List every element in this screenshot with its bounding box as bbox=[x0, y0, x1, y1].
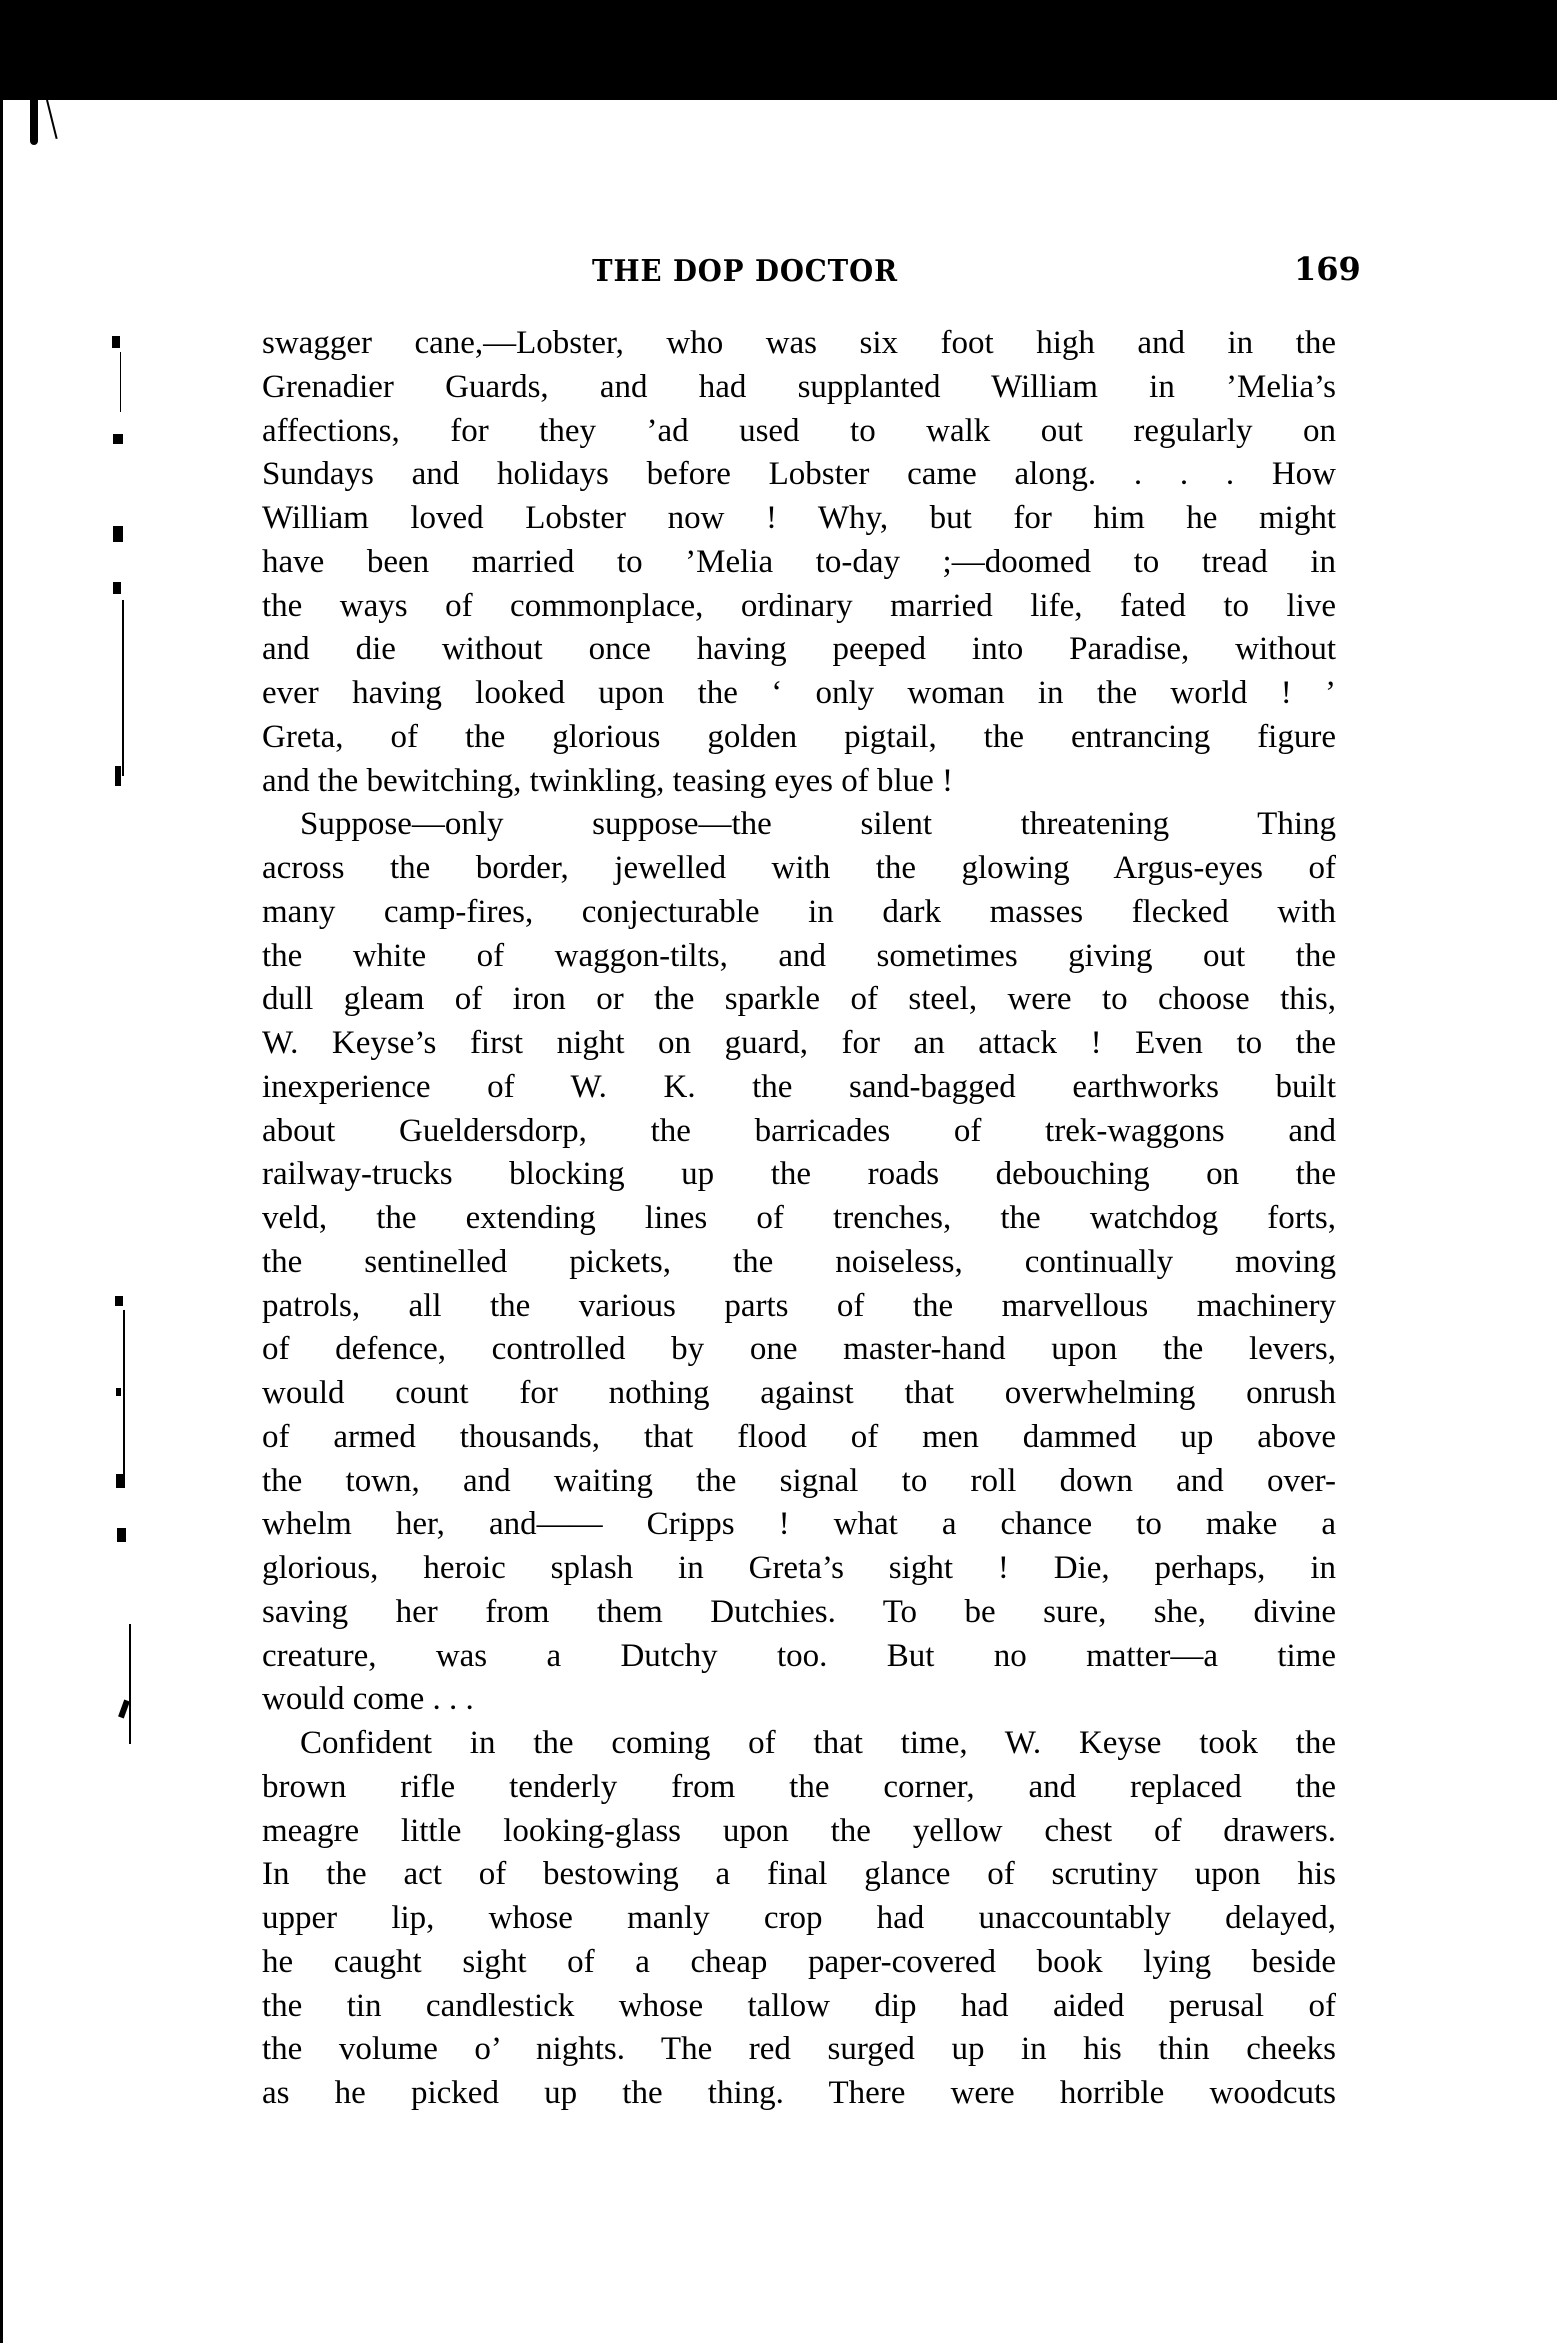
text-line: Greta, of the glorious golden pigtail, t… bbox=[262, 716, 1336, 760]
binding-mark bbox=[123, 1310, 125, 1480]
binding-mark bbox=[129, 1624, 131, 1744]
page-number: 169 bbox=[1294, 250, 1361, 288]
running-title: THE DOP DOCTOR bbox=[592, 254, 898, 289]
text-line: across the border, jewelled with the glo… bbox=[262, 847, 1336, 891]
text-line: would come . . . bbox=[262, 1678, 1336, 1722]
text-line: and die without once having peeped into … bbox=[262, 628, 1336, 672]
text-line: William loved Lobster now ! Why, but for… bbox=[262, 497, 1336, 541]
text-line: upper lip, whose manly crop had unaccoun… bbox=[262, 1897, 1336, 1941]
text-line: about Gueldersdorp, the barricades of tr… bbox=[262, 1110, 1336, 1154]
text-line: affections, for they ’ad used to walk ou… bbox=[262, 410, 1336, 454]
binding-mark bbox=[117, 1528, 126, 1542]
scan-artifact-top-left-stroke bbox=[46, 100, 58, 139]
text-line: have been married to ’Melia to-day ;—doo… bbox=[262, 541, 1336, 585]
text-line: brown rifle tenderly from the corner, an… bbox=[262, 1766, 1336, 1810]
text-line: would count for nothing against that ove… bbox=[262, 1372, 1336, 1416]
text-line: whelm her, and—— Cripps ! what a chance … bbox=[262, 1503, 1336, 1547]
text-line: he caught sight of a cheap paper-covered… bbox=[262, 1941, 1336, 1985]
text-line: inexperience of W. K. the sand-bagged ea… bbox=[262, 1066, 1336, 1110]
scan-border-left bbox=[0, 100, 3, 2343]
text-line: of defence, controlled by one master-han… bbox=[262, 1328, 1336, 1372]
text-line: and the bewitching, twinkling, teasing e… bbox=[262, 760, 1336, 804]
text-line: glorious, heroic splash in Greta’s sight… bbox=[262, 1547, 1336, 1591]
binding-mark bbox=[115, 1296, 123, 1306]
scan-border-top bbox=[0, 0, 1557, 100]
text-line: patrols, all the various parts of the ma… bbox=[262, 1285, 1336, 1329]
binding-mark bbox=[113, 526, 123, 542]
page-body: swagger cane,—Lobster, who was six foot … bbox=[262, 322, 1336, 2116]
paragraph-start-line: Confident in the coming of that time, W.… bbox=[262, 1722, 1336, 1766]
binding-mark bbox=[112, 336, 120, 348]
text-line: of armed thousands, that flood of men da… bbox=[262, 1416, 1336, 1460]
binding-mark bbox=[122, 600, 124, 776]
text-line: the white of waggon-tilts, and sometimes… bbox=[262, 935, 1336, 979]
page-header: THE DOP DOCTOR 169 bbox=[0, 254, 1557, 294]
text-line: the ways of commonplace, ordinary marrie… bbox=[262, 585, 1336, 629]
text-line: veld, the extending lines of trenches, t… bbox=[262, 1197, 1336, 1241]
text-line: meagre little looking-glass upon the yel… bbox=[262, 1810, 1336, 1854]
text-line: the volume o’ nights. The red surged up … bbox=[262, 2028, 1336, 2072]
text-line: as he picked up the thing. There were ho… bbox=[262, 2072, 1336, 2116]
text-line: the sentinelled pickets, the noiseless, … bbox=[262, 1241, 1336, 1285]
scan-artifact-top-left bbox=[30, 100, 38, 145]
text-line: railway-trucks blocking up the roads deb… bbox=[262, 1153, 1336, 1197]
binding-mark bbox=[116, 1388, 121, 1396]
text-line: W. Keyse’s first night on guard, for an … bbox=[262, 1022, 1336, 1066]
text-line: In the act of bestowing a final glance o… bbox=[262, 1853, 1336, 1897]
text-line: dull gleam of iron or the sparkle of ste… bbox=[262, 978, 1336, 1022]
text-line: ever having looked upon the ‘ only woman… bbox=[262, 672, 1336, 716]
text-line: Grenadier Guards, and had supplanted Wil… bbox=[262, 366, 1336, 410]
text-line: saving her from them Dutchies. To be sur… bbox=[262, 1591, 1336, 1635]
text-line: the tin candlestick whose tallow dip had… bbox=[262, 1985, 1336, 2029]
binding-mark bbox=[113, 434, 123, 444]
text-line: many camp-fires, conjecturable in dark m… bbox=[262, 891, 1336, 935]
text-line: the town, and waiting the signal to roll… bbox=[262, 1460, 1336, 1504]
paragraph-start-line: Suppose—only suppose—the silent threaten… bbox=[262, 803, 1336, 847]
binding-mark bbox=[116, 1474, 125, 1488]
text-line: swagger cane,—Lobster, who was six foot … bbox=[262, 322, 1336, 366]
binding-mark bbox=[115, 766, 121, 786]
text-line: creature, was a Dutchy too. But no matte… bbox=[262, 1635, 1336, 1679]
text-line: Sundays and holidays before Lobster came… bbox=[262, 453, 1336, 497]
binding-mark bbox=[113, 582, 121, 594]
binding-mark bbox=[120, 352, 121, 412]
